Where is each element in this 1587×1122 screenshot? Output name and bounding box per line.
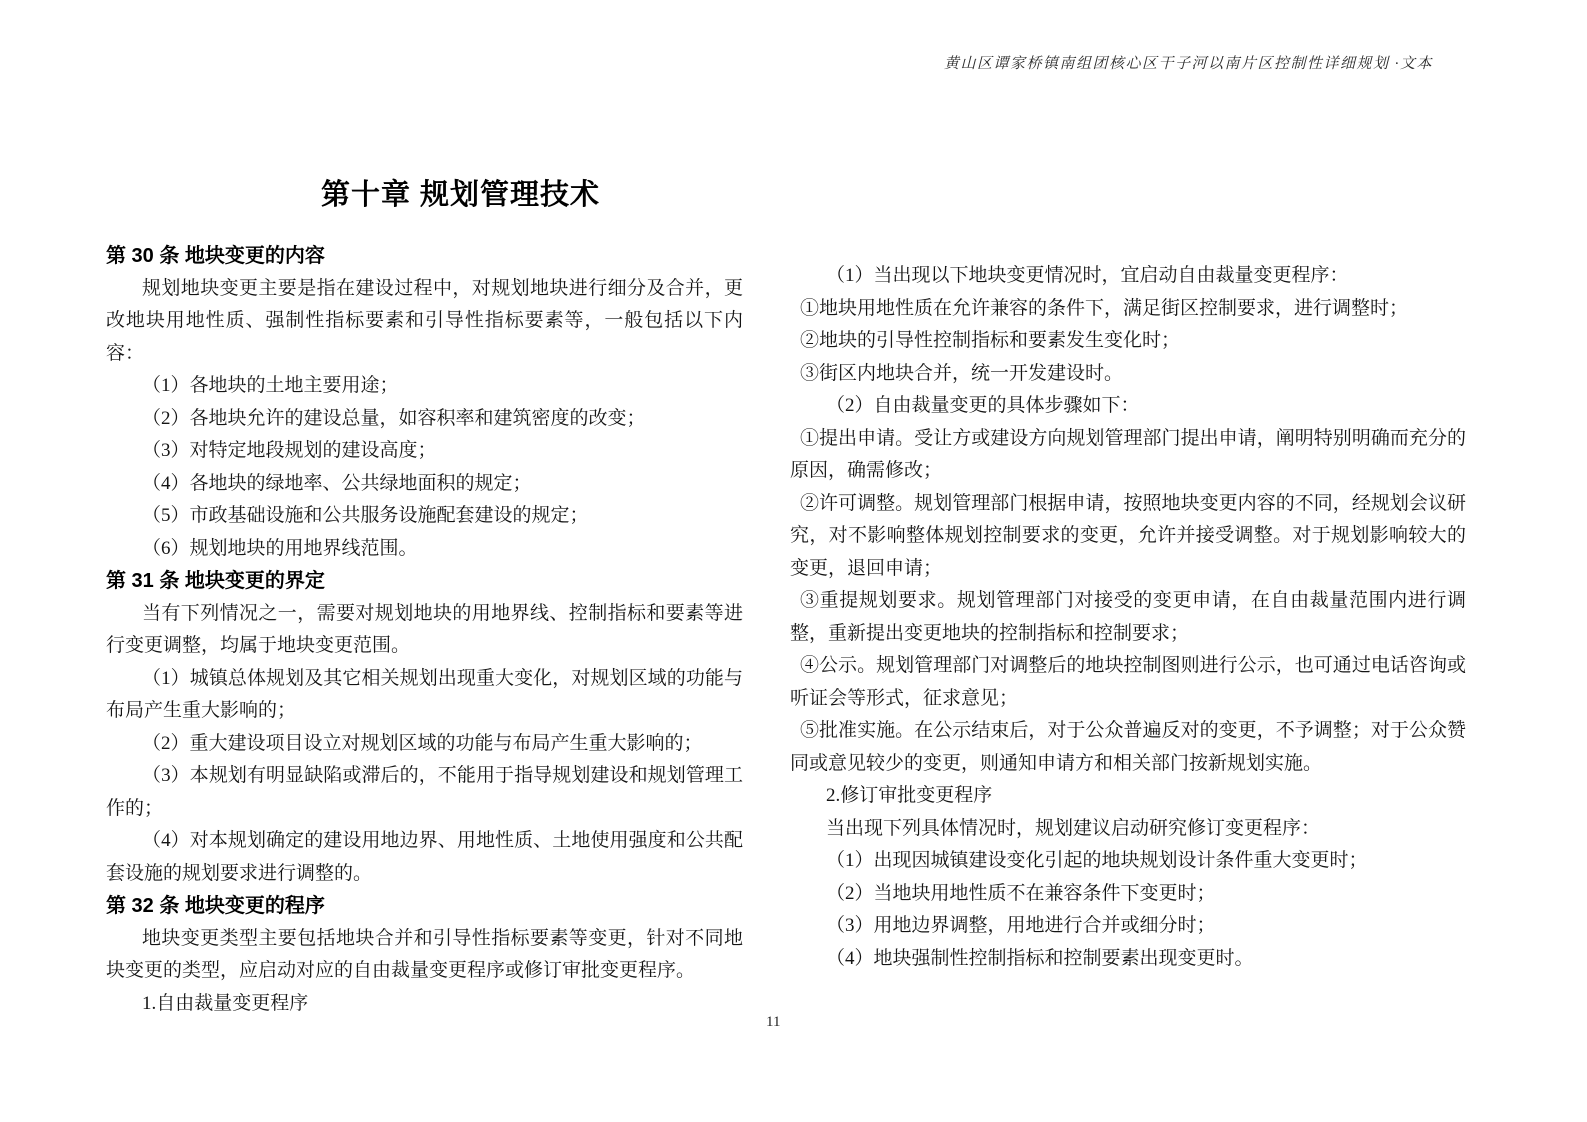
sub-item: ①提出申请。受让方或建设方向规划管理部门提出申请，阐明特别明确而充分的原因，确需… [790, 423, 1466, 488]
article-heading: 第 32 条 地块变更的程序 [106, 890, 743, 923]
paragraph: 当有下列情况之一，需要对规划地块的用地界线、控制指标和要素等进行变更调整，均属于… [106, 598, 743, 663]
paragraph: 2.修订审批变更程序 [790, 780, 1466, 813]
list-item: （3）用地边界调整，用地进行合并或细分时； [790, 910, 1466, 943]
list-item: （3）本规划有明显缺陷或滞后的，不能用于指导规划建设和规划管理工作的； [106, 760, 743, 825]
chapter-title: 第十章 规划管理技术 [321, 172, 600, 213]
left-column: 第 30 条 地块变更的内容规划地块变更主要是指在建设过程中，对规划地块进行细分… [106, 240, 743, 1020]
list-item: （2）各地块允许的建设总量，如容积率和建筑密度的改变； [106, 403, 743, 436]
page-number: 11 [766, 1014, 780, 1031]
list-item: （1）各地块的土地主要用途； [106, 370, 743, 403]
list-item: （2）重大建设项目设立对规划区域的功能与布局产生重大影响的； [106, 728, 743, 761]
article-heading: 第 31 条 地块变更的界定 [106, 565, 743, 598]
right-column: （1）当出现以下地块变更情况时，宜启动自由裁量变更程序：①地块用地性质在允许兼容… [790, 260, 1466, 975]
list-item: （6）规划地块的用地界线范围。 [106, 533, 743, 566]
sub-item: ③街区内地块合并，统一开发建设时。 [790, 358, 1466, 391]
list-item: （4）对本规划确定的建设用地边界、用地性质、土地使用强度和公共配套设施的规划要求… [106, 825, 743, 890]
sub-item: ①地块用地性质在允许兼容的条件下，满足街区控制要求，进行调整时； [790, 293, 1466, 326]
sub-item: ③重提规划要求。规划管理部门对接受的变更申请，在自由裁量范围内进行调整，重新提出… [790, 585, 1466, 650]
list-item: （3）对特定地段规划的建设高度； [106, 435, 743, 468]
list-item: （2）自由裁量变更的具体步骤如下： [790, 390, 1466, 423]
sub-item: ⑤批准实施。在公示结束后，对于公众普遍反对的变更，不予调整；对于公众赞同或意见较… [790, 715, 1466, 780]
list-item: （5）市政基础设施和公共服务设施配套建设的规定； [106, 500, 743, 533]
sub-item: ②地块的引导性控制指标和要素发生变化时； [790, 325, 1466, 358]
paragraph: 规划地块变更主要是指在建设过程中，对规划地块进行细分及合并，更改地块用地性质、强… [106, 273, 743, 371]
sub-item: ②许可调整。规划管理部门根据申请，按照地块变更内容的不同，经规划会议研究，对不影… [790, 488, 1466, 586]
running-header: 黄山区谭家桥镇南组团核心区干子河以南片区控制性详细规划 ·文本 [944, 52, 1433, 73]
paragraph: 地块变更类型主要包括地块合并和引导性指标要素等变更，针对不同地块变更的类型，应启… [106, 923, 743, 988]
paragraph: 1.自由裁量变更程序 [106, 988, 743, 1021]
paragraph: 当出现下列具体情况时，规划建议启动研究修订变更程序： [790, 813, 1466, 846]
list-item: （4）各地块的绿地率、公共绿地面积的规定； [106, 468, 743, 501]
document-page: 黄山区谭家桥镇南组团核心区干子河以南片区控制性详细规划 ·文本 第十章 规划管理… [0, 0, 1587, 1122]
list-item: （4）地块强制性控制指标和控制要素出现变更时。 [790, 943, 1466, 976]
list-item: （2）当地块用地性质不在兼容条件下变更时； [790, 878, 1466, 911]
content-columns: 第 30 条 地块变更的内容规划地块变更主要是指在建设过程中，对规划地块进行细分… [106, 240, 1466, 1020]
list-item: （1）城镇总体规划及其它相关规划出现重大变化，对规划区域的功能与布局产生重大影响… [106, 663, 743, 728]
article-heading: 第 30 条 地块变更的内容 [106, 240, 743, 273]
list-item: （1）出现因城镇建设变化引起的地块规划设计条件重大变更时； [790, 845, 1466, 878]
sub-item: ④公示。规划管理部门对调整后的地块控制图则进行公示，也可通过电话咨询或听证会等形… [790, 650, 1466, 715]
list-item: （1）当出现以下地块变更情况时，宜启动自由裁量变更程序： [790, 260, 1466, 293]
